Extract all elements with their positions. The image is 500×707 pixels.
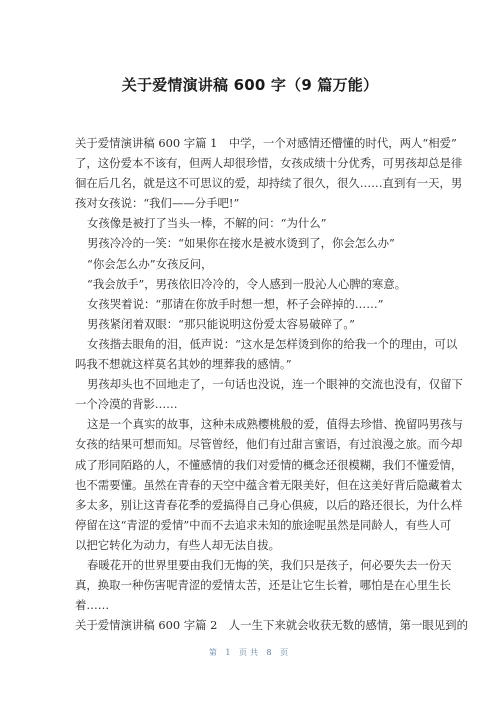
page-footer: 第 1 页共 8 页	[0, 647, 500, 658]
text-line: 成了形同陌路的人，不懂感情的我们对爱情的概念还很模糊，我们不懂爱情，	[75, 455, 423, 475]
text-line: 男孩却头也不回地走了，一句话也没说，连一个眼神的交流也没有，仅留下	[75, 374, 423, 394]
text-line: 了，这份爱本不该有，但两人却很珍惜，女孩成绩十分优秀，可男孩却总是徘	[75, 153, 423, 173]
text-line: 女孩像是被打了当头一棒，不解的问：“为什么”	[75, 213, 423, 233]
text-line: 真，换取一种伤害呢青涩的爱情太苦，还是让它生长着，哪怕是在心里生长	[75, 575, 423, 595]
text-line: 着……	[75, 595, 423, 615]
text-line: 关于爱情演讲稿 600 字篇 1 中学，一个对感情还懵懂的时代，两人“相爱”	[75, 133, 423, 153]
text-line: 女孩哭着说：“那请在你放手时想一想，杯子会碎掉的……”	[75, 294, 423, 314]
text-line: 这是一个真实的故事，这种未成熟樱桃般的爱，值得去珍惜、挽留吗男孩与	[75, 414, 423, 434]
text-line: 女孩的结果可想而知。尽管曾经，他们有过甜言蜜语，有过浪漫之旅。而今却	[75, 434, 423, 454]
text-line: 徊在后几名，就是这不可思议的爱，却持续了很久，很久……直到有一天，男	[75, 173, 423, 193]
text-line: “你会怎么办”女孩反问，	[75, 254, 423, 274]
text-line: 女孩揩去眼角的泪，低声说：“这水是怎样烫到你的给我一个的理由，可以	[75, 334, 423, 354]
text-line: 多太多，别让这青春花季的爱搞得自己身心俱疲，以后的路还很长，为什么样	[75, 495, 423, 515]
text-line: 吗我不想就这样莫名其妙的埋葬我的感情。”	[75, 354, 423, 374]
document-body: 关于爱情演讲稿 600 字篇 1 中学，一个对感情还懵懂的时代，两人“相爱”了，…	[75, 133, 423, 635]
text-line: “我会放手”，男孩依旧冷冷的，令人感到一股沁人心脾的寒意。	[75, 274, 423, 294]
document-page: 关于爱情演讲稿 600 字（9 篇万能） 关于爱情演讲稿 600 字篇 1 中学…	[0, 0, 500, 707]
text-line: 男孩冷冷的一笑：“如果你在接水是被水烫到了，你会怎么办”	[75, 233, 423, 253]
text-line: 男孩紧闭着双眼：“那只能说明这份爱太容易破碎了。”	[75, 314, 423, 334]
text-line: 春暖花开的世界里要由我们无悔的笑，我们只是孩子，何必要失去一份天	[75, 555, 423, 575]
text-line: 孩对女孩说：“我们——分手吧!”	[75, 193, 423, 213]
document-title: 关于爱情演讲稿 600 字（9 篇万能）	[0, 74, 500, 95]
text-line: 也不需要懂。虽然在青春的天空中蕴含着无限美好，但在这美好背后隐藏着太	[75, 475, 423, 495]
text-line: 以把它转化为动力，有些人却无法自拔。	[75, 535, 423, 555]
text-line: 一个冷漠的背影……	[75, 394, 423, 414]
text-line: 停留在这“青涩的爱情”中而不去追求未知的旅途呢虽然是同龄人，有些人可	[75, 515, 423, 535]
text-line: 关于爱情演讲稿 600 字篇 2 人一生下来就会收获无数的感情，第一眼见到的	[75, 615, 423, 635]
